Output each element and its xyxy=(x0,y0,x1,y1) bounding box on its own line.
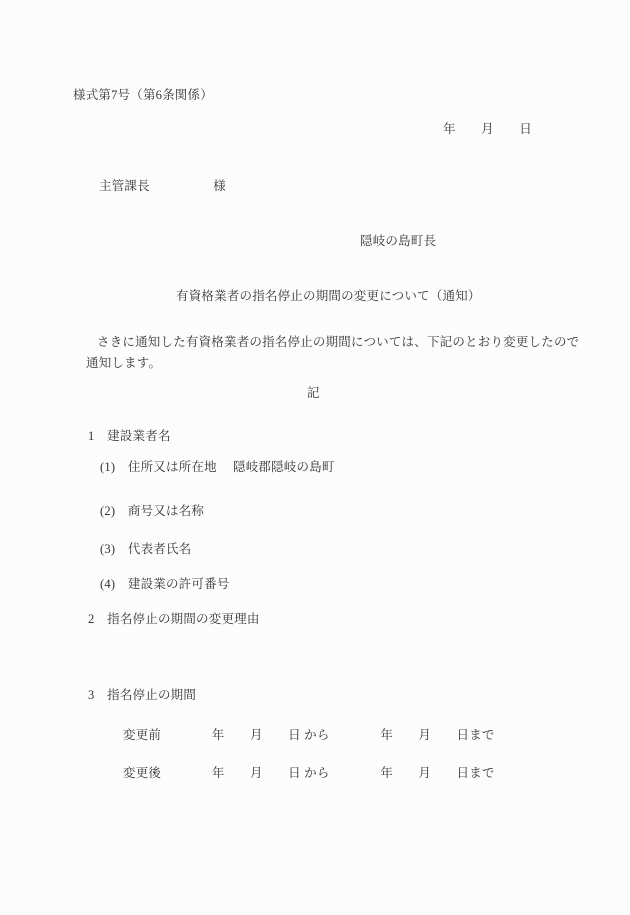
sender-title: 隠岐の島町長 xyxy=(360,234,436,248)
body-paragraph-line-2: 通知します。 xyxy=(86,356,161,370)
address-value: 隠岐郡隠岐の島町 xyxy=(233,460,335,474)
representative-label: (3) 代表者氏名 xyxy=(100,542,191,556)
form-number: 様式第7号（第6条関係） xyxy=(73,88,213,102)
section-1-heading: 1 建設業者名 xyxy=(88,429,171,443)
date-line: 年 月 日 xyxy=(443,122,532,136)
section-3-heading: 3 指名停止の期間 xyxy=(88,688,196,702)
section-2-heading: 2 指名停止の期間の変更理由 xyxy=(88,612,260,626)
period-before-row: 変更前 年 月 日 から 年 月 日まで xyxy=(123,728,495,742)
addressee-line: 主管課長 様 xyxy=(99,179,226,193)
license-number-label: (4) 建設業の許可番号 xyxy=(100,577,229,591)
period-after-row: 変更後 年 月 日 から 年 月 日まで xyxy=(123,766,495,780)
document-page: 様式第7号（第6条関係） 年 月 日 主管課長 様 隠岐の島町長 有資格業者の指… xyxy=(0,0,630,915)
record-marker: 記 xyxy=(307,386,320,400)
body-paragraph-line-1: さきに通知した有資格業者の指名停止の期間については、下記のとおり変更したので xyxy=(97,335,579,349)
trade-name-label: (2) 商号又は名称 xyxy=(100,504,204,518)
document-title: 有資格業者の指名停止の期間の変更について（通知） xyxy=(176,289,481,303)
address-label: (1) 住所又は所在地 xyxy=(100,460,217,474)
